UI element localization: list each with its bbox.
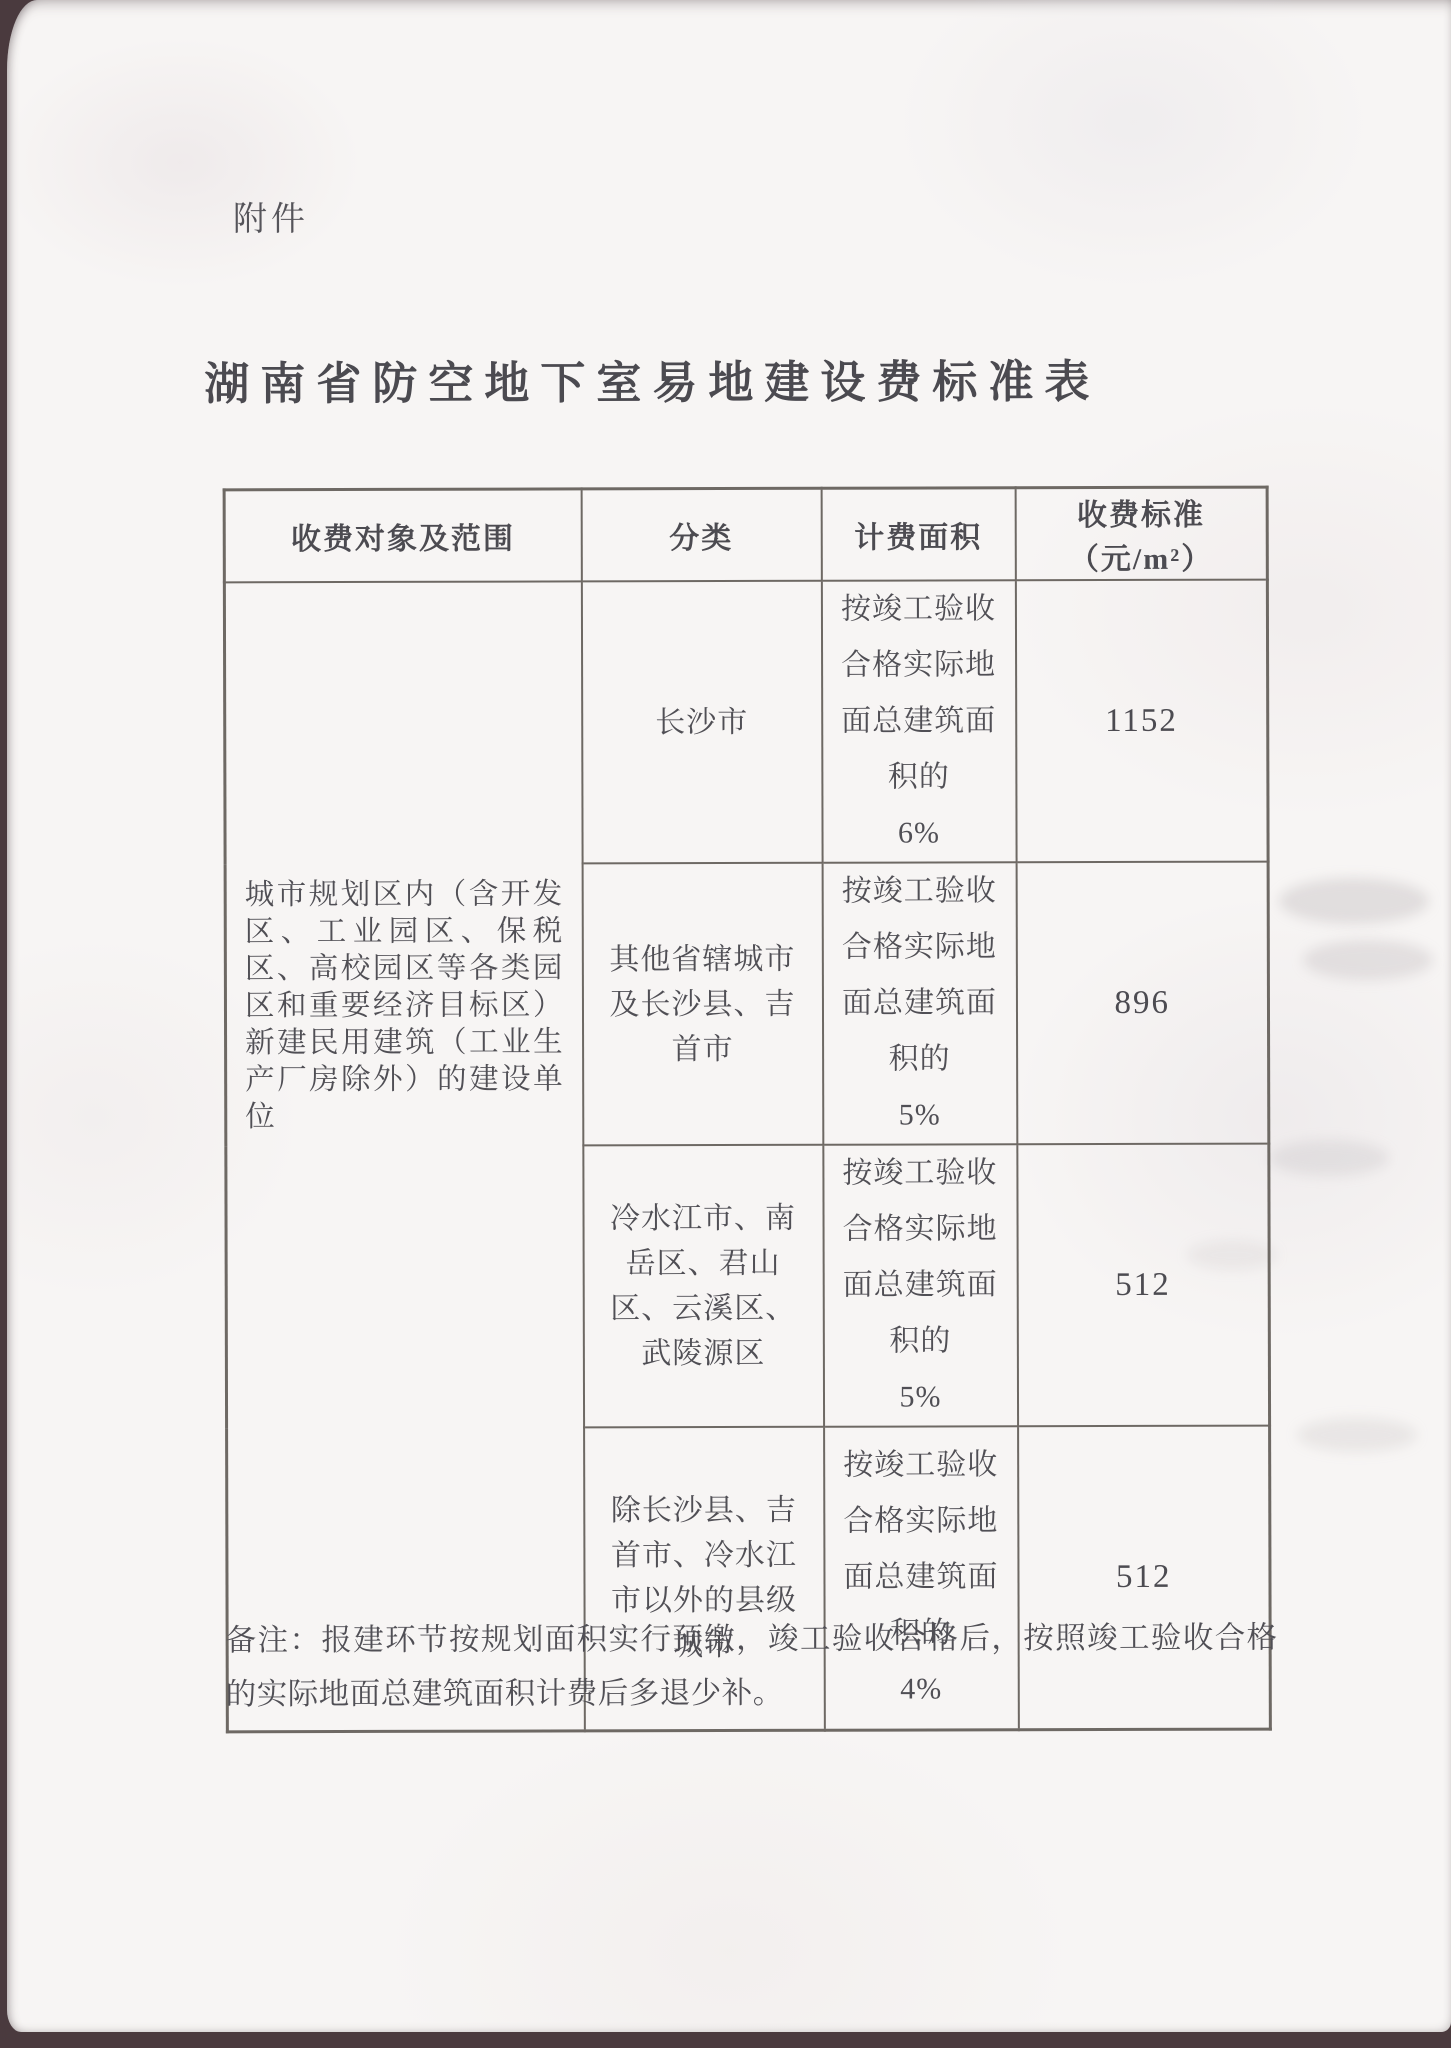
cell-category: 冷水江市、南岳区、君山区、云溪区、武陵源区 [583, 1145, 824, 1428]
document-content: 附件 湖南省防空地下室易地建设费标准表 收费对象及范围 分类 计费面积 收费标准… [4, 0, 1451, 2034]
attachment-label: 附件 [233, 191, 309, 240]
header-billing-area: 计费面积 [821, 488, 1015, 581]
cell-scope: 城市规划区内（含开发区、工业园区、保税区、高校园区等各类园区和重要经济目标区）新… [224, 581, 584, 1731]
header-scope: 收费对象及范围 [224, 489, 581, 582]
header-fee-standard: 收费标准（元/m²） [1015, 487, 1267, 580]
cell-fee-standard: 512 [1017, 1144, 1270, 1427]
fee-standard-table: 收费对象及范围 分类 计费面积 收费标准（元/m²） 城市规划区内（含开发区、工… [223, 486, 1272, 1733]
scanned-paper-sheet: 附件 湖南省防空地下室易地建设费标准表 收费对象及范围 分类 计费面积 收费标准… [7, 0, 1451, 2032]
table-row: 城市规划区内（含开发区、工业园区、保税区、高校园区等各类园区和重要经济目标区）新… [224, 580, 1268, 865]
cell-category: 其他省辖城市及长沙县、吉首市 [582, 863, 823, 1146]
cell-fee-standard: 1152 [1015, 580, 1268, 863]
cell-billing-area: 按竣工验收合格实际地面总建筑面积的 6% [821, 580, 1016, 863]
cell-billing-area: 按竣工验收合格实际地面总建筑面积的 5% [822, 862, 1017, 1145]
table-header-row: 收费对象及范围 分类 计费面积 收费标准（元/m²） [224, 487, 1267, 582]
cell-billing-area: 按竣工验收合格实际地面总建筑面积的 5% [823, 1144, 1018, 1427]
cell-fee-standard: 896 [1016, 862, 1269, 1145]
cell-category: 长沙市 [581, 581, 822, 864]
document-title: 湖南省防空地下室易地建设费标准表 [5, 345, 1299, 413]
footnote: 备注：报建环节按规划面积实行预缴，竣工验收合格后，按照竣工验收合格的实际地面总建… [226, 1611, 1278, 1722]
header-category: 分类 [581, 488, 821, 581]
scope-text: 城市规划区内（含开发区、工业园区、保税区、高校园区等各类园区和重要经济目标区）新… [245, 876, 564, 1136]
